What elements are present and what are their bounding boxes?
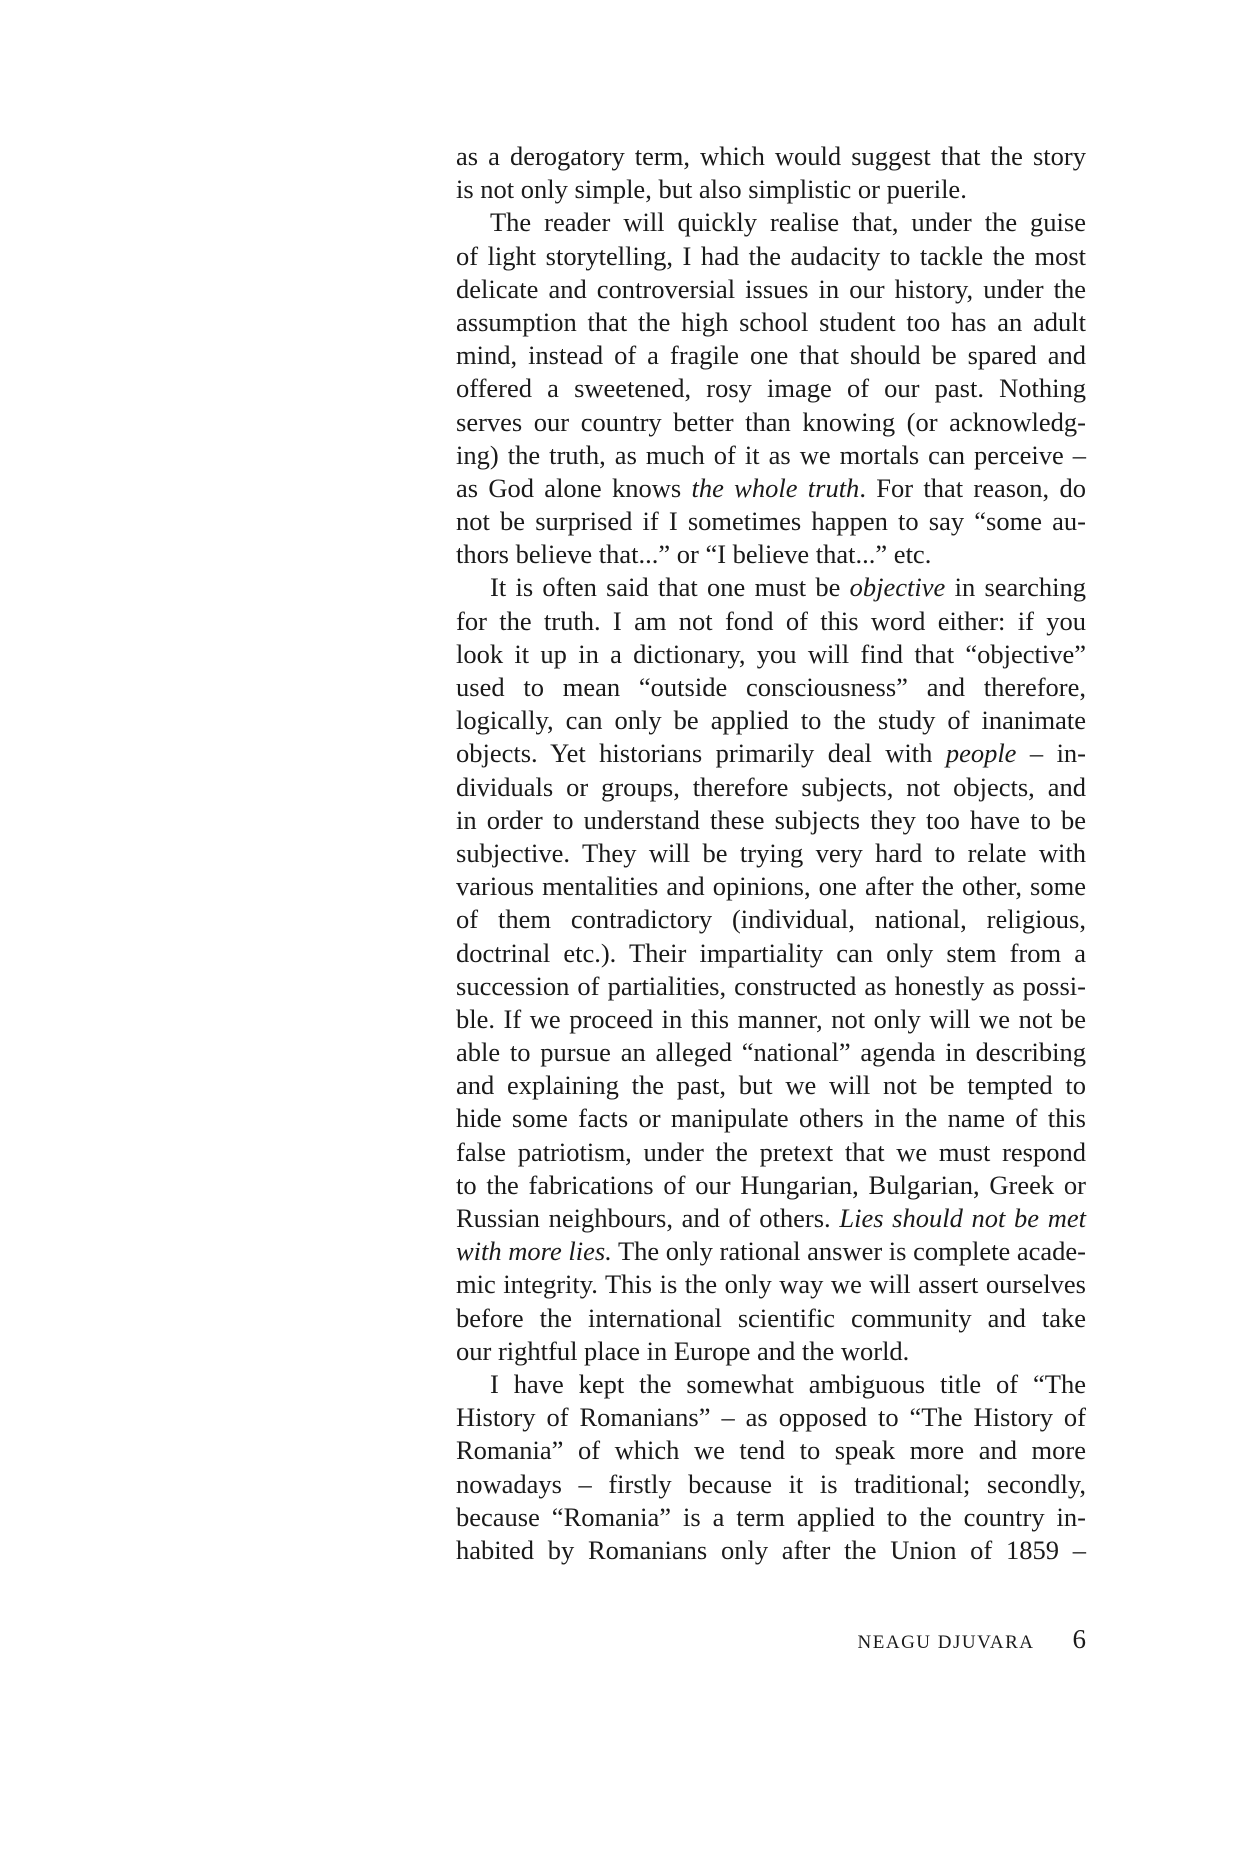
- text-segment: . For that reason, do: [859, 473, 1086, 503]
- text-segment: I have kept the somewhat ambiguous title…: [490, 1369, 1086, 1399]
- text-segment: false patriotism, under the pretext that…: [456, 1137, 1086, 1167]
- text-segment: look it up in a dictionary, you will fin…: [456, 639, 1086, 669]
- text-segment: mic integrity. This is the only way we w…: [456, 1269, 1086, 1299]
- text-line: as God alone knows the whole truth. For …: [456, 472, 1086, 505]
- text-segment: Russian neighbours, and of others.: [456, 1203, 839, 1233]
- text-segment: doctrinal etc.). Their impartiality can …: [456, 938, 1086, 968]
- text-line: as a derogatory term, which would sugges…: [456, 140, 1086, 173]
- text-line: ble. If we proceed in this manner, not o…: [456, 1003, 1086, 1036]
- text-line: Russian neighbours, and of others. Lies …: [456, 1202, 1086, 1235]
- text-segment: is not only simple, but also simplistic …: [456, 174, 967, 204]
- text-line: able to pursue an alleged “national” age…: [456, 1036, 1086, 1069]
- text-line: of light storytelling, I had the audacit…: [456, 240, 1086, 273]
- running-footer-author: Neagu Djuvara: [858, 1632, 1035, 1653]
- page-footer: Neagu Djuvara 6: [456, 1622, 1086, 1656]
- text-segment: for the truth. I am not fond of this wor…: [456, 606, 1086, 636]
- text-segment: serves our country better than knowing (…: [456, 407, 1086, 437]
- page-number: 6: [1073, 1624, 1087, 1654]
- italic-text: objective: [850, 572, 946, 602]
- text-segment: offered a sweetened, rosy image of our p…: [456, 373, 1086, 403]
- text-segment: as a derogatory term, which would sugges…: [456, 141, 1086, 171]
- text-line: assumption that the high school student …: [456, 306, 1086, 339]
- text-segment: able to pursue an alleged “national” age…: [456, 1037, 1086, 1067]
- text-segment: subjective. They will be trying very har…: [456, 838, 1086, 868]
- text-segment: – in-: [1016, 738, 1086, 768]
- text-segment: objects. Yet historians primarily deal w…: [456, 738, 946, 768]
- text-segment: Romania” of which we tend to speak more …: [456, 1435, 1086, 1465]
- text-segment: The only rational answer is complete aca…: [612, 1236, 1086, 1266]
- text-segment: History of Romanians” – as opposed to “T…: [456, 1402, 1086, 1432]
- text-line: thors believe that...” or “I believe tha…: [456, 538, 1086, 571]
- text-line: is not only simple, but also simplistic …: [456, 173, 1086, 206]
- text-line: nowadays – firstly because it is traditi…: [456, 1468, 1086, 1501]
- italic-text: Lies should not be met: [839, 1203, 1086, 1233]
- text-segment: in searching: [945, 572, 1086, 602]
- text-line: our rightful place in Europe and the wor…: [456, 1335, 1086, 1368]
- text-line: look it up in a dictionary, you will fin…: [456, 638, 1086, 671]
- text-segment: and explaining the past, but we will not…: [456, 1070, 1086, 1100]
- text-segment: succession of partialities, constructed …: [456, 971, 1086, 1001]
- text-segment: logically, can only be applied to the st…: [456, 705, 1086, 735]
- text-line: offered a sweetened, rosy image of our p…: [456, 372, 1086, 405]
- text-segment: because “Romania” is a term applied to t…: [456, 1502, 1086, 1532]
- text-line: dividuals or groups, therefore subjects,…: [456, 771, 1086, 804]
- text-segment: nowadays – firstly because it is traditi…: [456, 1469, 1086, 1499]
- text-line: before the international scientific comm…: [456, 1302, 1086, 1335]
- text-segment: habited by Romanians only after the Unio…: [456, 1535, 1086, 1565]
- text-line: of them contradictory (individual, natio…: [456, 903, 1086, 936]
- text-segment: ble. If we proceed in this manner, not o…: [456, 1004, 1086, 1034]
- italic-text: with more lies.: [456, 1236, 612, 1266]
- text-line: because “Romania” is a term applied to t…: [456, 1501, 1086, 1534]
- text-line: to the fabrications of our Hungarian, Bu…: [456, 1169, 1086, 1202]
- text-segment: as God alone knows: [456, 473, 692, 503]
- text-segment: before the international scientific comm…: [456, 1303, 1086, 1333]
- text-segment: The reader will quickly realise that, un…: [490, 207, 1086, 237]
- text-segment: of them contradictory (individual, natio…: [456, 904, 1086, 934]
- text-line: serves our country better than knowing (…: [456, 406, 1086, 439]
- text-line: false patriotism, under the pretext that…: [456, 1136, 1086, 1169]
- text-line: hide some facts or manipulate others in …: [456, 1102, 1086, 1135]
- text-line: succession of partialities, constructed …: [456, 970, 1086, 1003]
- text-line: various mentalities and opinions, one af…: [456, 870, 1086, 903]
- text-segment: mind, instead of a fragile one that shou…: [456, 340, 1086, 370]
- italic-text: people: [946, 738, 1017, 768]
- text-segment: to the fabrications of our Hungarian, Bu…: [456, 1170, 1086, 1200]
- text-segment: assumption that the high school student …: [456, 307, 1086, 337]
- text-segment: delicate and controversial issues in our…: [456, 274, 1086, 304]
- text-line: Romania” of which we tend to speak more …: [456, 1434, 1086, 1467]
- text-line: The reader will quickly realise that, un…: [456, 206, 1086, 239]
- text-segment: used to mean “outside consciousness” and…: [456, 672, 1086, 702]
- text-segment: not be surprised if I sometimes happen t…: [456, 506, 1086, 536]
- text-segment: of light storytelling, I had the audacit…: [456, 241, 1086, 271]
- text-segment: various mentalities and opinions, one af…: [456, 871, 1086, 901]
- text-line: objects. Yet historians primarily deal w…: [456, 737, 1086, 770]
- text-line: I have kept the somewhat ambiguous title…: [456, 1368, 1086, 1401]
- italic-text: the whole truth: [692, 473, 860, 503]
- text-segment: ing) the truth, as much of it as we mort…: [456, 440, 1086, 470]
- text-line: not be surprised if I sometimes happen t…: [456, 505, 1086, 538]
- text-segment: dividuals or groups, therefore subjects,…: [456, 772, 1086, 802]
- text-line: in order to understand these subjects th…: [456, 804, 1086, 837]
- text-segment: It is often said that one must be: [490, 572, 850, 602]
- text-segment: in order to understand these subjects th…: [456, 805, 1086, 835]
- text-line: ing) the truth, as much of it as we mort…: [456, 439, 1086, 472]
- text-line: doctrinal etc.). Their impartiality can …: [456, 937, 1086, 970]
- text-line: logically, can only be applied to the st…: [456, 704, 1086, 737]
- book-page: as a derogatory term, which would sugges…: [0, 0, 1260, 1851]
- text-line: It is often said that one must be object…: [456, 571, 1086, 604]
- text-line: delicate and controversial issues in our…: [456, 273, 1086, 306]
- text-line: History of Romanians” – as opposed to “T…: [456, 1401, 1086, 1434]
- text-line: used to mean “outside consciousness” and…: [456, 671, 1086, 704]
- text-line: habited by Romanians only after the Unio…: [456, 1534, 1086, 1567]
- body-text: as a derogatory term, which would sugges…: [456, 140, 1086, 1567]
- text-line: mic integrity. This is the only way we w…: [456, 1268, 1086, 1301]
- text-line: and explaining the past, but we will not…: [456, 1069, 1086, 1102]
- text-line: with more lies. The only rational answer…: [456, 1235, 1086, 1268]
- text-line: mind, instead of a fragile one that shou…: [456, 339, 1086, 372]
- text-segment: hide some facts or manipulate others in …: [456, 1103, 1086, 1133]
- text-segment: our rightful place in Europe and the wor…: [456, 1336, 909, 1366]
- text-line: subjective. They will be trying very har…: [456, 837, 1086, 870]
- text-line: for the truth. I am not fond of this wor…: [456, 605, 1086, 638]
- text-segment: thors believe that...” or “I believe tha…: [456, 539, 931, 569]
